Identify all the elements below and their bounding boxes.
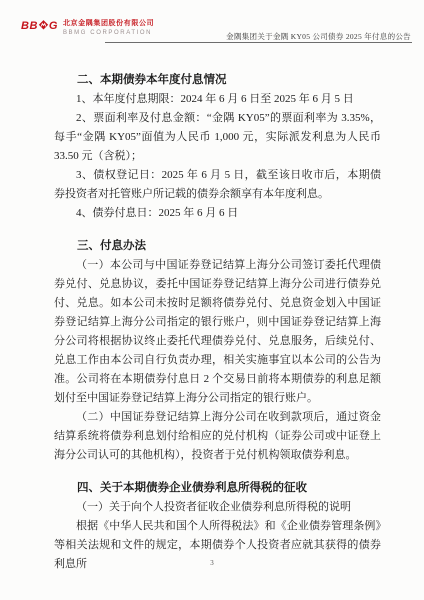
paragraph: 4、债券付息日：2025 年 6 月 6 日 bbox=[54, 204, 381, 223]
document-body: 二、本期债券本年度付息情况 1、本年度付息期限：2024 年 6 月 6 日至 … bbox=[54, 70, 381, 574]
section-heading: 三、付息办法 bbox=[54, 236, 381, 256]
section-payment-method: 三、付息办法 （一）本公司与中国证券登记结算上海分公司签订委托代理债券兑付、兑息… bbox=[54, 236, 381, 465]
page-number: 3 bbox=[0, 559, 424, 567]
document-page: BB G 北京金隅集团股份有限公司 BBMG CORPORATION 金隅集团关… bbox=[0, 0, 424, 600]
bbmg-logo-mark: BB G bbox=[21, 19, 58, 33]
header-doc-title: 金隅集团关于金隅 KY05 公司债券 2025 年付息的公告 bbox=[226, 31, 411, 42]
paragraph: （一）本公司与中国证券登记结算上海分公司签订委托代理债券兑付、兑息协议，委托中国… bbox=[54, 256, 381, 408]
logo-text-block: 北京金隅集团股份有限公司 BBMG CORPORATION bbox=[63, 19, 154, 37]
paragraph: （一）关于向个人投资者征收企业债券利息所得税的说明 bbox=[54, 498, 381, 517]
paragraph: 1、本年度付息期限：2024 年 6 月 6 日至 2025 年 6 月 5 日 bbox=[54, 90, 381, 109]
paragraph: 3、债权登记日：2025 年 6 月 5 日，截至该日收市后，本期债券投资者对托… bbox=[54, 166, 381, 204]
paragraph: 2、票面利率及付息金额：“金隅 KY05”的票面利率为 3.35%，每手“金隅 … bbox=[54, 109, 381, 166]
section-heading: 四、关于本期债券企业债券利息所得税的征收 bbox=[54, 478, 381, 498]
company-name-cn: 北京金隅集团股份有限公司 bbox=[63, 19, 154, 28]
paragraph: （二）中国证券登记结算上海分公司在收到款项后，通过资金结算系统将债券利息划付给相… bbox=[54, 408, 381, 465]
logo-mark-g: G bbox=[49, 20, 58, 32]
header-divider bbox=[105, 42, 412, 43]
company-name-en: BBMG CORPORATION bbox=[63, 29, 154, 37]
bbmg-logo: BB G 北京金隅集团股份有限公司 BBMG CORPORATION bbox=[21, 19, 154, 37]
section-heading: 二、本期债券本年度付息情况 bbox=[54, 70, 381, 90]
logo-mark-bb: BB bbox=[21, 20, 38, 32]
section-interest-payment-info: 二、本期债券本年度付息情况 1、本年度付息期限：2024 年 6 月 6 日至 … bbox=[54, 70, 381, 223]
bbmg-diamond-icon bbox=[38, 19, 49, 33]
